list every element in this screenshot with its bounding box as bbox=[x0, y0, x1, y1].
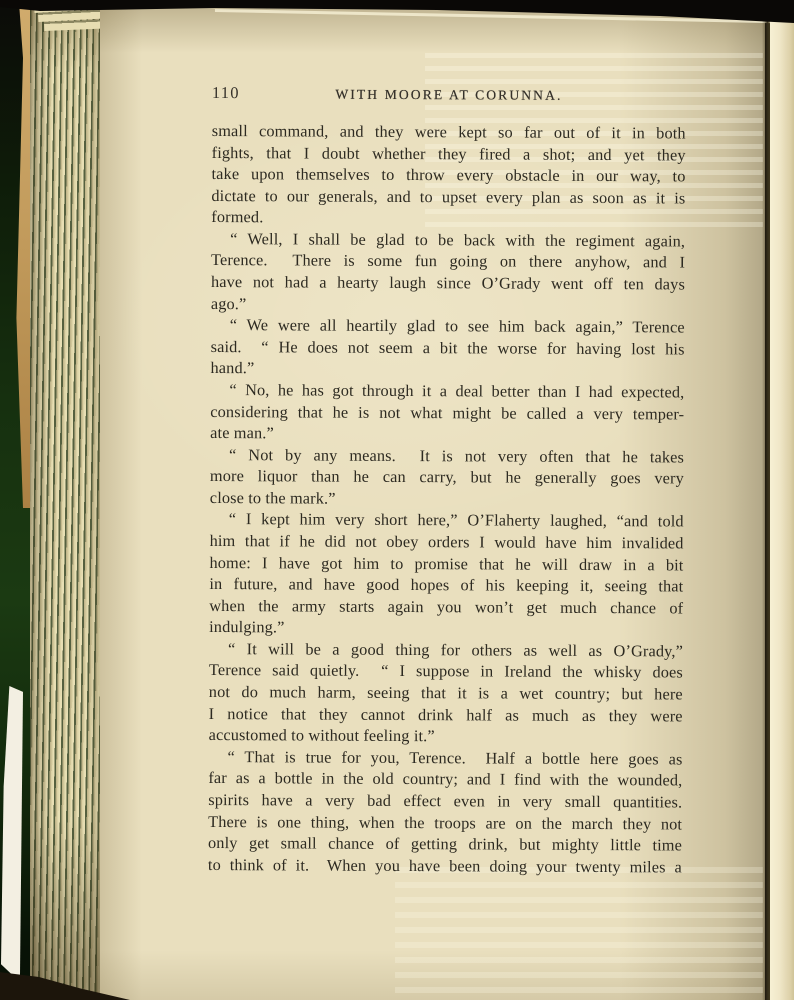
text-line: fights, that I doubt whether they fired … bbox=[212, 142, 686, 166]
text-line: to think of it. When you have been doing… bbox=[208, 854, 682, 878]
page-header: 110 WITH MOORE AT CORUNNA. bbox=[212, 83, 686, 105]
text-line: dictate to our generals, and to upset ev… bbox=[211, 185, 685, 209]
text-line: home: I have got him to promise that he … bbox=[209, 552, 683, 576]
text-line: when the army starts again you won’t get… bbox=[209, 595, 683, 619]
text-line: I notice that they cannot drink half as … bbox=[209, 703, 683, 727]
text-line: ate man.” bbox=[210, 422, 684, 446]
text-line: formed. bbox=[211, 206, 685, 230]
text-line: not do much harm, seeing that it is a we… bbox=[209, 681, 683, 705]
text-line: have not had a hearty laugh since O’Grad… bbox=[211, 271, 685, 295]
text-line: indulging.” bbox=[209, 616, 683, 640]
running-title: WITH MOORE AT CORUNNA. bbox=[212, 85, 686, 103]
text-line: more liquor than he can carry, but he ge… bbox=[210, 465, 684, 489]
text-line: considering that he is not what might be… bbox=[210, 401, 684, 425]
text-line: Terence. There is some fun going on ther… bbox=[211, 249, 685, 273]
text-line: accustomed to without feeling it.” bbox=[209, 724, 683, 748]
text-line: “ That is true for you, Terence. Half a … bbox=[208, 746, 682, 770]
text-line: him that if he did not obey orders I wou… bbox=[210, 530, 684, 554]
text-line: in future, and have good hopes of his ke… bbox=[209, 573, 683, 597]
book-page: 110 WITH MOORE AT CORUNNA. small command… bbox=[100, 5, 765, 1000]
text-line: only get small chance of getting drink, … bbox=[208, 832, 682, 856]
page-edge-stack bbox=[30, 0, 104, 1000]
text-line: “ It will be a good thing for others as … bbox=[209, 638, 683, 662]
text-line: “ We were all heartily glad to see him b… bbox=[211, 314, 685, 338]
text-line: far as a bottle in the old country; and … bbox=[208, 767, 682, 791]
text-line: “ Well, I shall be glad to be back with … bbox=[211, 228, 685, 252]
text-line: spirits have a very bad effect even in v… bbox=[208, 789, 682, 813]
text-line: take upon themselves to throw every obst… bbox=[211, 163, 685, 187]
printed-text-layer: 110 WITH MOORE AT CORUNNA. small command… bbox=[95, 4, 765, 1000]
text-line: hand.” bbox=[210, 357, 684, 381]
text-line: ago.” bbox=[211, 293, 685, 317]
body-text-block: small command, and they were kept so far… bbox=[208, 120, 686, 878]
text-line: There is one thing, when the troops are … bbox=[208, 810, 682, 834]
scanned-book-photo: 110 WITH MOORE AT CORUNNA. small command… bbox=[0, 0, 794, 1000]
text-line: “ Not by any means. It is not very often… bbox=[210, 444, 684, 468]
text-line: “ No, he has got through it a deal bette… bbox=[210, 379, 684, 403]
text-line: “ I kept him very short here,” O’Flahert… bbox=[210, 508, 684, 532]
facing-page-edge bbox=[770, 0, 794, 1000]
text-line: Terence said quietly. “ I suppose in Ire… bbox=[209, 659, 683, 683]
text-line: close to the mark.” bbox=[210, 487, 684, 511]
text-line: said. “ He does not seem a bit the worse… bbox=[211, 336, 685, 360]
text-line: small command, and they were kept so far… bbox=[212, 120, 686, 144]
